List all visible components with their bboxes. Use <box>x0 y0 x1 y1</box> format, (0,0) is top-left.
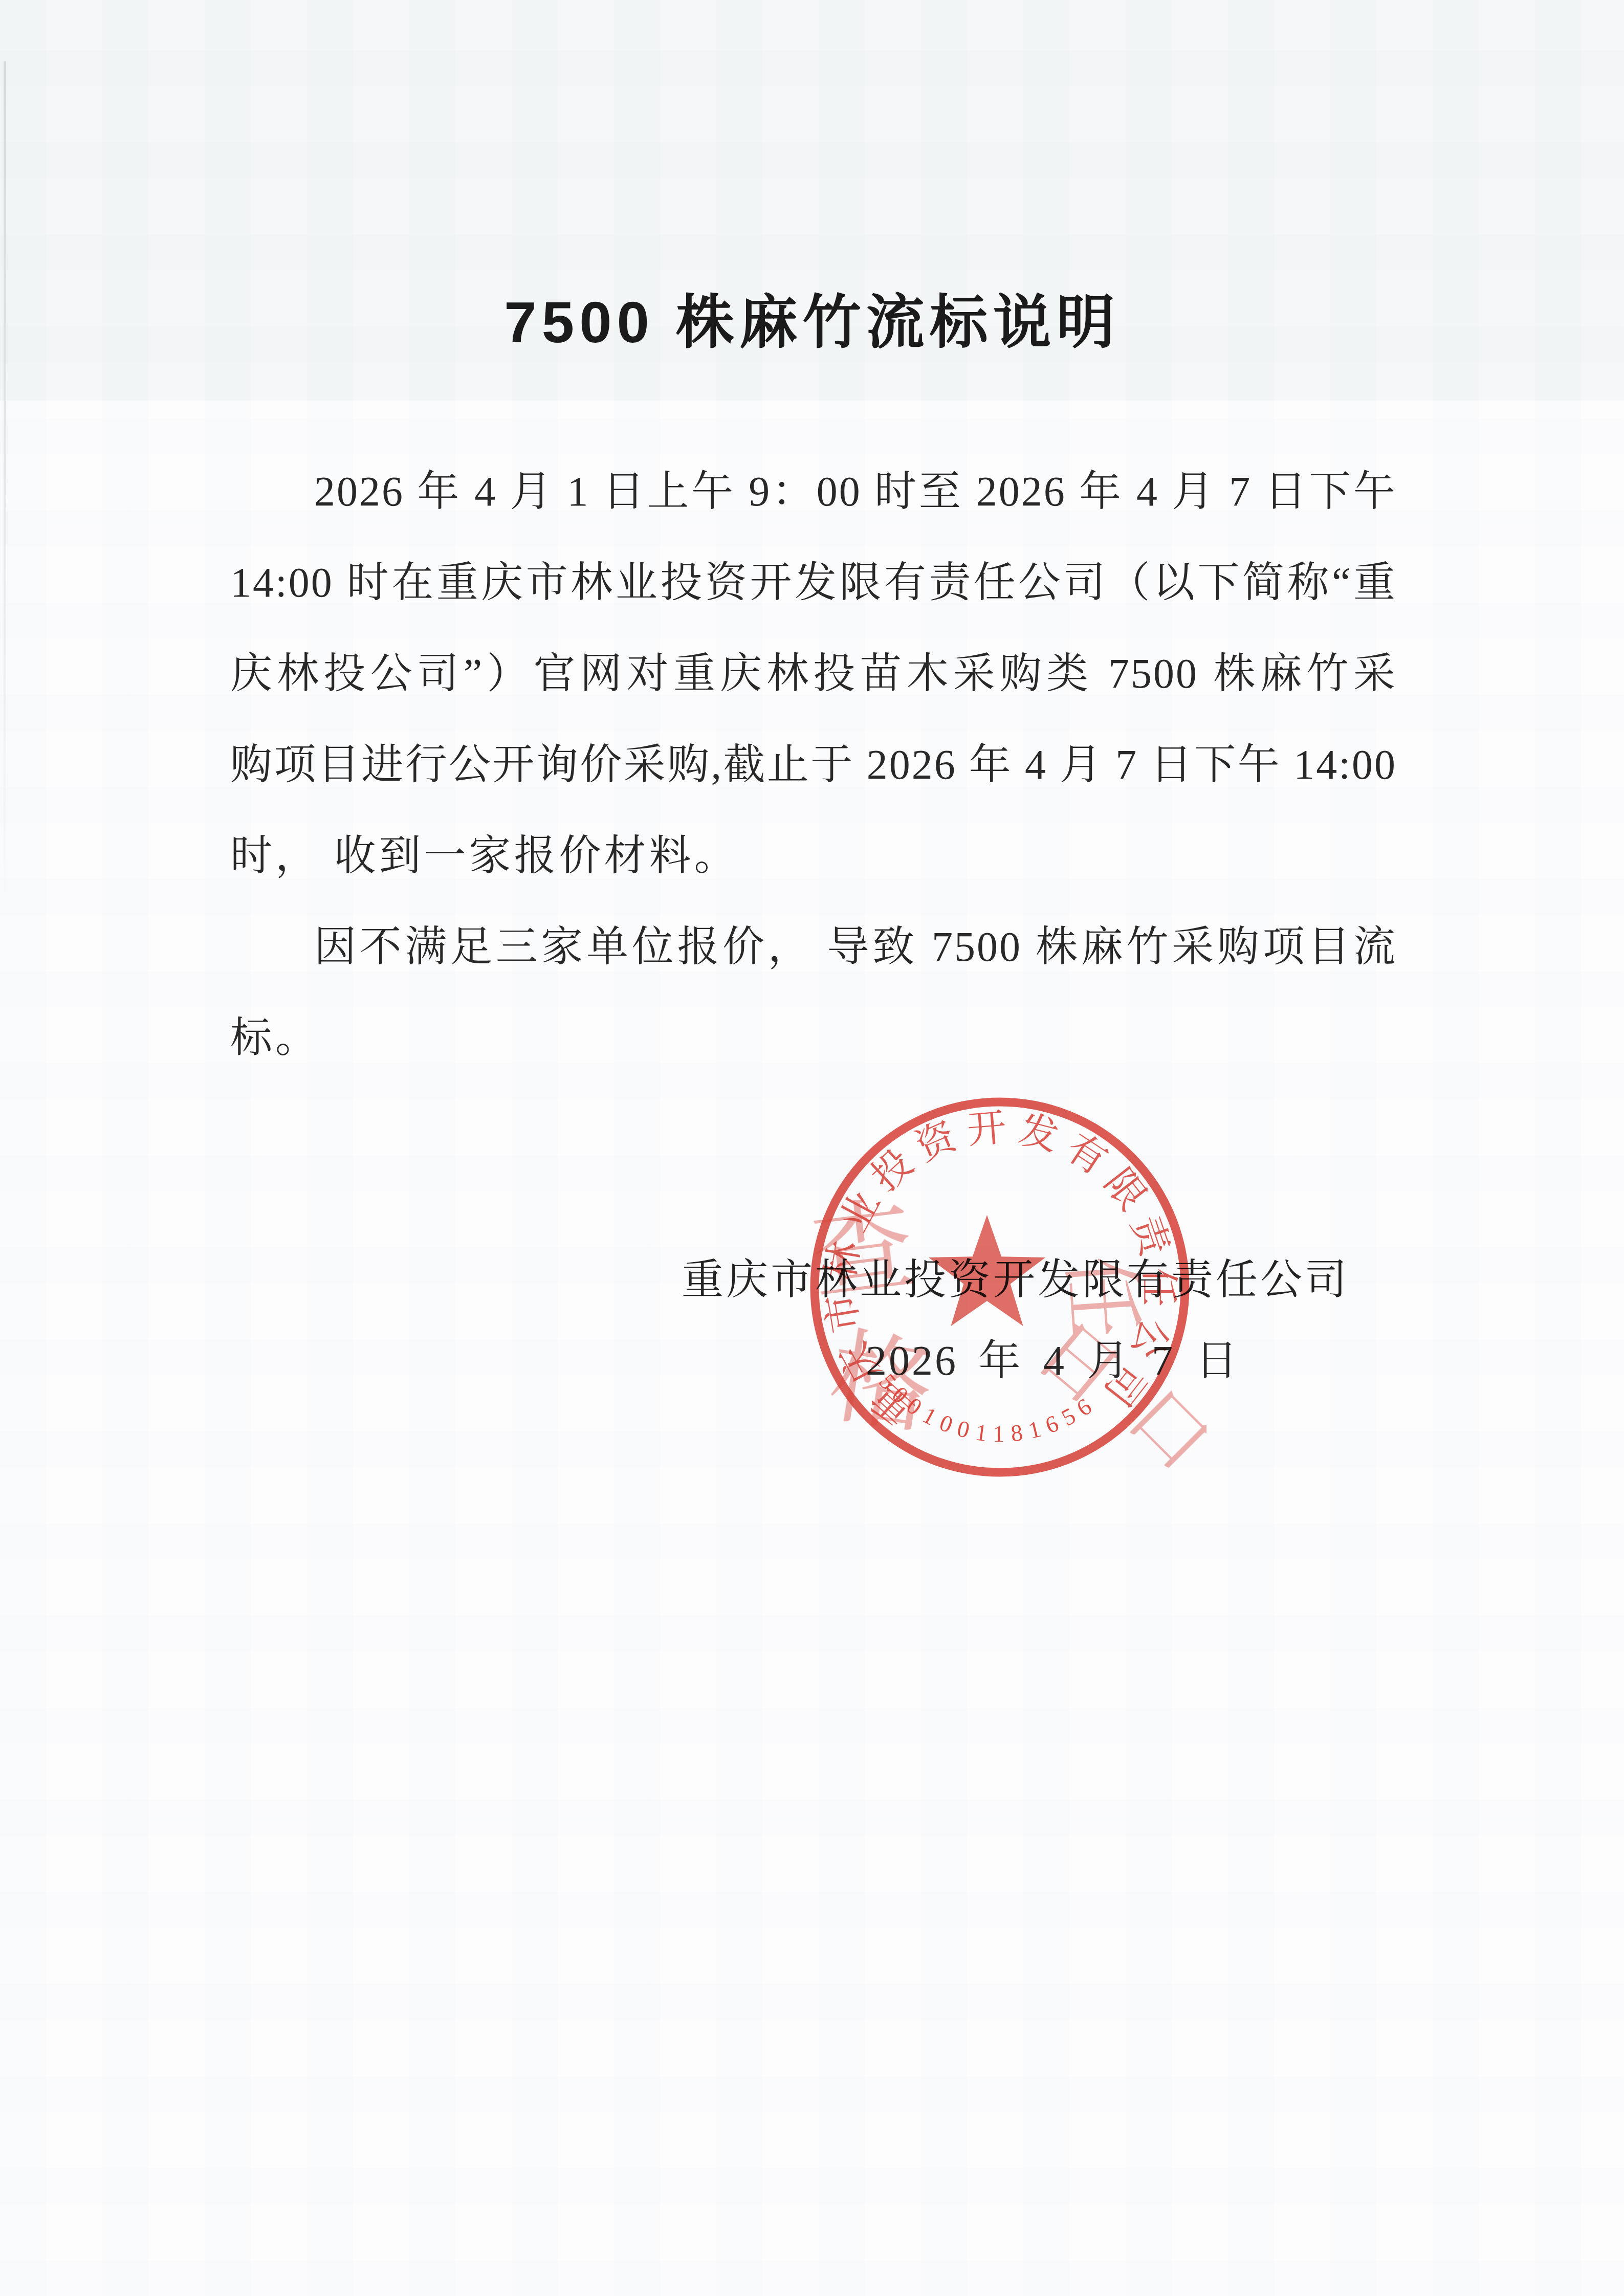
body-line: 标。 <box>230 992 1397 1084</box>
body-line: 因不满足三家单位报价， 导致 7500 株麻竹采购项目流 <box>230 901 1397 992</box>
document-body: 2026 年 4 月 1 日上午 9：00 时至 2026 年 4 月 7 日下… <box>230 446 1397 1084</box>
scanned-document-page: 7500 株麻竹流标说明 2026 年 4 月 1 日上午 9：00 时至 20… <box>0 0 1624 2296</box>
body-line: 庆林投公司”）官网对重庆林投苗木采购类 7500 株麻竹采 <box>230 628 1397 719</box>
body-line: 2026 年 4 月 1 日上午 9：00 时至 2026 年 4 月 7 日下… <box>230 446 1397 537</box>
company-seal-stamp: 查 格 任 日 口 重庆市林业投资开发有限责任公司 5001001181656 <box>797 1096 1206 1485</box>
body-line: 时， 收到一家报价材料。 <box>230 810 1397 901</box>
seal-star-icon <box>929 1215 1045 1326</box>
body-line: 购项目进行公开询价采购,截止于 2026 年 4 月 7 日下午 14:00 <box>230 719 1397 810</box>
document-title: 7500 株麻竹流标说明 <box>0 275 1624 359</box>
body-line: 14:00 时在重庆市林业投资开发限有责任公司（以下简称“重 <box>230 537 1397 628</box>
scan-edge-artifact <box>4 61 6 900</box>
